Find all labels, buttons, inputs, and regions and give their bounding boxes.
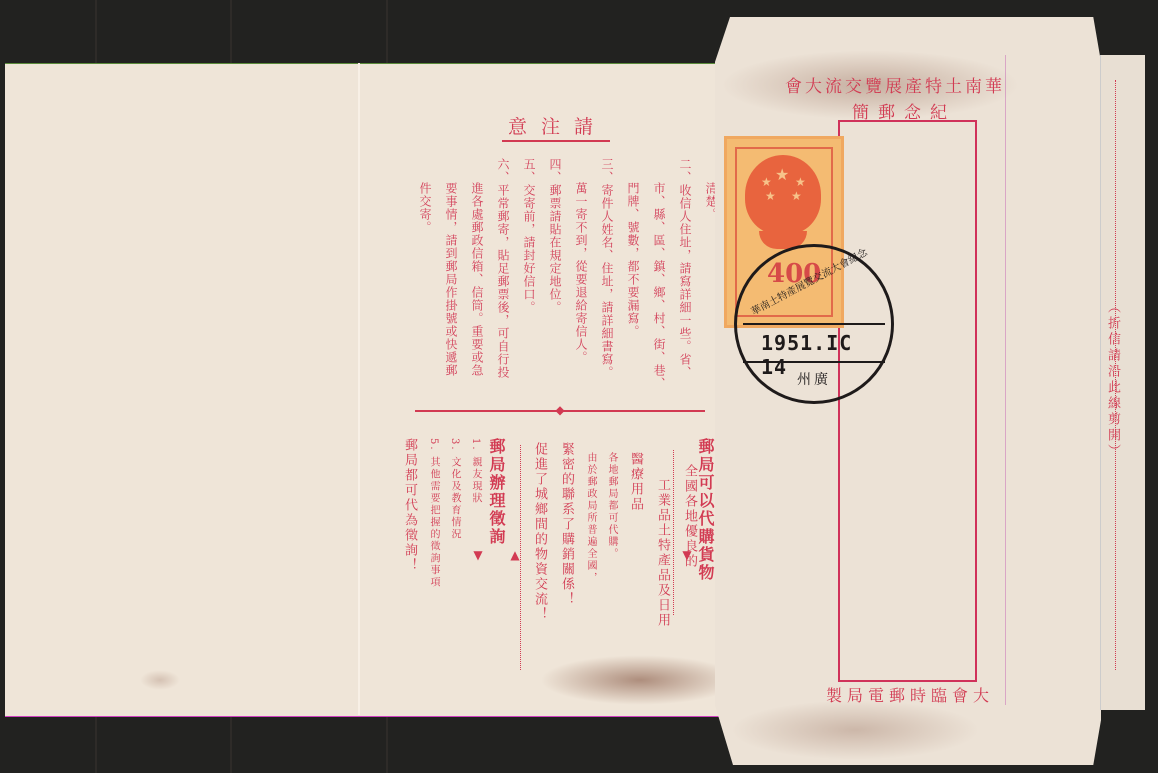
address-box	[838, 120, 977, 682]
purchase-goods-1: 工業品土特產品及日用	[653, 438, 672, 673]
notice-item: 四、郵票請貼在規定地位。	[545, 158, 565, 408]
dotted-separator	[520, 445, 521, 670]
postmark-place: 廣州	[797, 369, 831, 389]
notice-item: 門牌、號數，都不要漏寫。	[623, 158, 643, 408]
notice-item: 市、縣、區、鎮、鄉、村、街、巷、	[649, 158, 669, 408]
star-icon: ★	[795, 175, 806, 189]
dotted-separator	[673, 450, 674, 615]
notice-item: 要事情，請到郵局作掛號或快遞郵	[441, 158, 461, 408]
triangle-down-icon: ▼	[471, 438, 485, 673]
heading-underline	[502, 140, 610, 142]
envelope-footer: 大會臨時郵電局製	[826, 683, 994, 706]
divider-ornament-icon: ◆	[553, 403, 567, 417]
postmark-rule	[743, 323, 885, 325]
fold-line	[358, 63, 360, 715]
inquiry-heading: 郵局辦理徵詢	[487, 438, 506, 546]
triangle-down-icon: ▼	[680, 438, 694, 673]
purchase-goods-2: 醫療用品	[626, 438, 645, 673]
notice-item: 進各處郵政信箱、信筒。重要或急	[467, 158, 487, 408]
cut-instruction: （折信請沿此線剪開）	[1103, 300, 1121, 460]
notice-list: 一、封面請用墨筆或鋼筆書寫，字跡要 清楚。 二、收信人住址，請寫詳細一些。省、 …	[415, 158, 747, 408]
star-icon: ★	[791, 189, 802, 203]
notice-item: 五、交寄前，請封好信口。	[519, 158, 539, 408]
notice-item: 萬一寄不到，從要退給寄信人。	[571, 158, 591, 408]
notice-item: 三、寄件人姓名、住址，請詳細書寫。	[597, 158, 617, 408]
postmark-rule	[743, 361, 885, 363]
stain	[140, 670, 180, 690]
purchase-slogan-1: 緊密的聯系了購銷關係！	[557, 438, 576, 673]
notice-item: 六、平常郵寄，貼足郵票後，可自行投	[493, 158, 513, 408]
envelope-title: 華南土特產展覽交流大會	[785, 72, 1005, 97]
inquiry-heading-col: ▲ 郵局辦理徵詢 ▼	[498, 438, 522, 673]
star-icon: ★	[775, 165, 789, 184]
star-icon: ★	[761, 175, 772, 189]
lower-section: ▲ 郵局可以代購貨物 ▼ 全國各地優良的 工業品土特產品及日用 醫療用品 各地郵…	[400, 438, 731, 673]
inquiry-closing: 郵局都可代為徵詢！	[400, 438, 419, 673]
postmark: 華南土特產展覽交流大會紀念 1951.IC 14 廣州	[734, 244, 894, 404]
purchase-note-2: 由於郵政局所普遍全國，	[584, 438, 597, 673]
purchase-note-1: 各地郵局都可代購。	[605, 438, 618, 673]
stain	[730, 700, 980, 760]
star-icon: ★	[765, 189, 776, 203]
purchase-heading: 郵局可以代購貨物	[696, 438, 715, 582]
notice-item: 二、收信人住址，請寫詳細一些。省、	[675, 158, 695, 408]
fold-line	[1005, 55, 1006, 705]
inquiry-item-3: 3. 文化及教育情況	[448, 438, 461, 673]
notice-item: 件交寄。	[415, 158, 435, 408]
notice-heading: 請注意	[508, 112, 607, 139]
national-emblem-icon: ★ ★ ★ ★ ★	[745, 155, 821, 235]
inquiry-item-5: 5. 其他需要把握的徵詢事項	[427, 438, 440, 673]
purchase-slogan-2: 促進了城鄉間的物資交流！	[530, 438, 549, 673]
